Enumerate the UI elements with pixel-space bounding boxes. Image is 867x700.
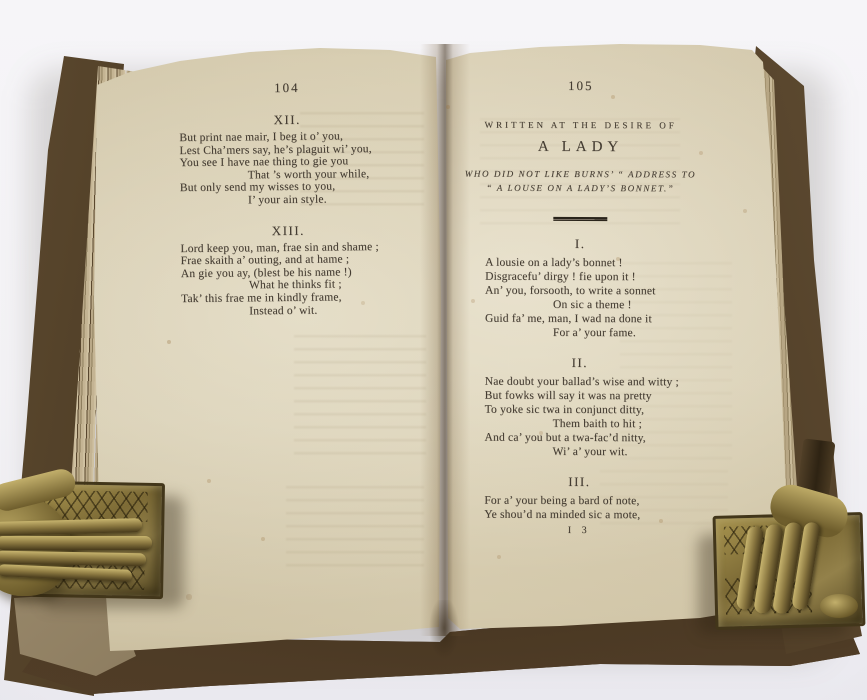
photo-vignette	[0, 0, 867, 700]
book-photo: 104 XII. But print nae mair, I beg it o’…	[0, 0, 867, 700]
